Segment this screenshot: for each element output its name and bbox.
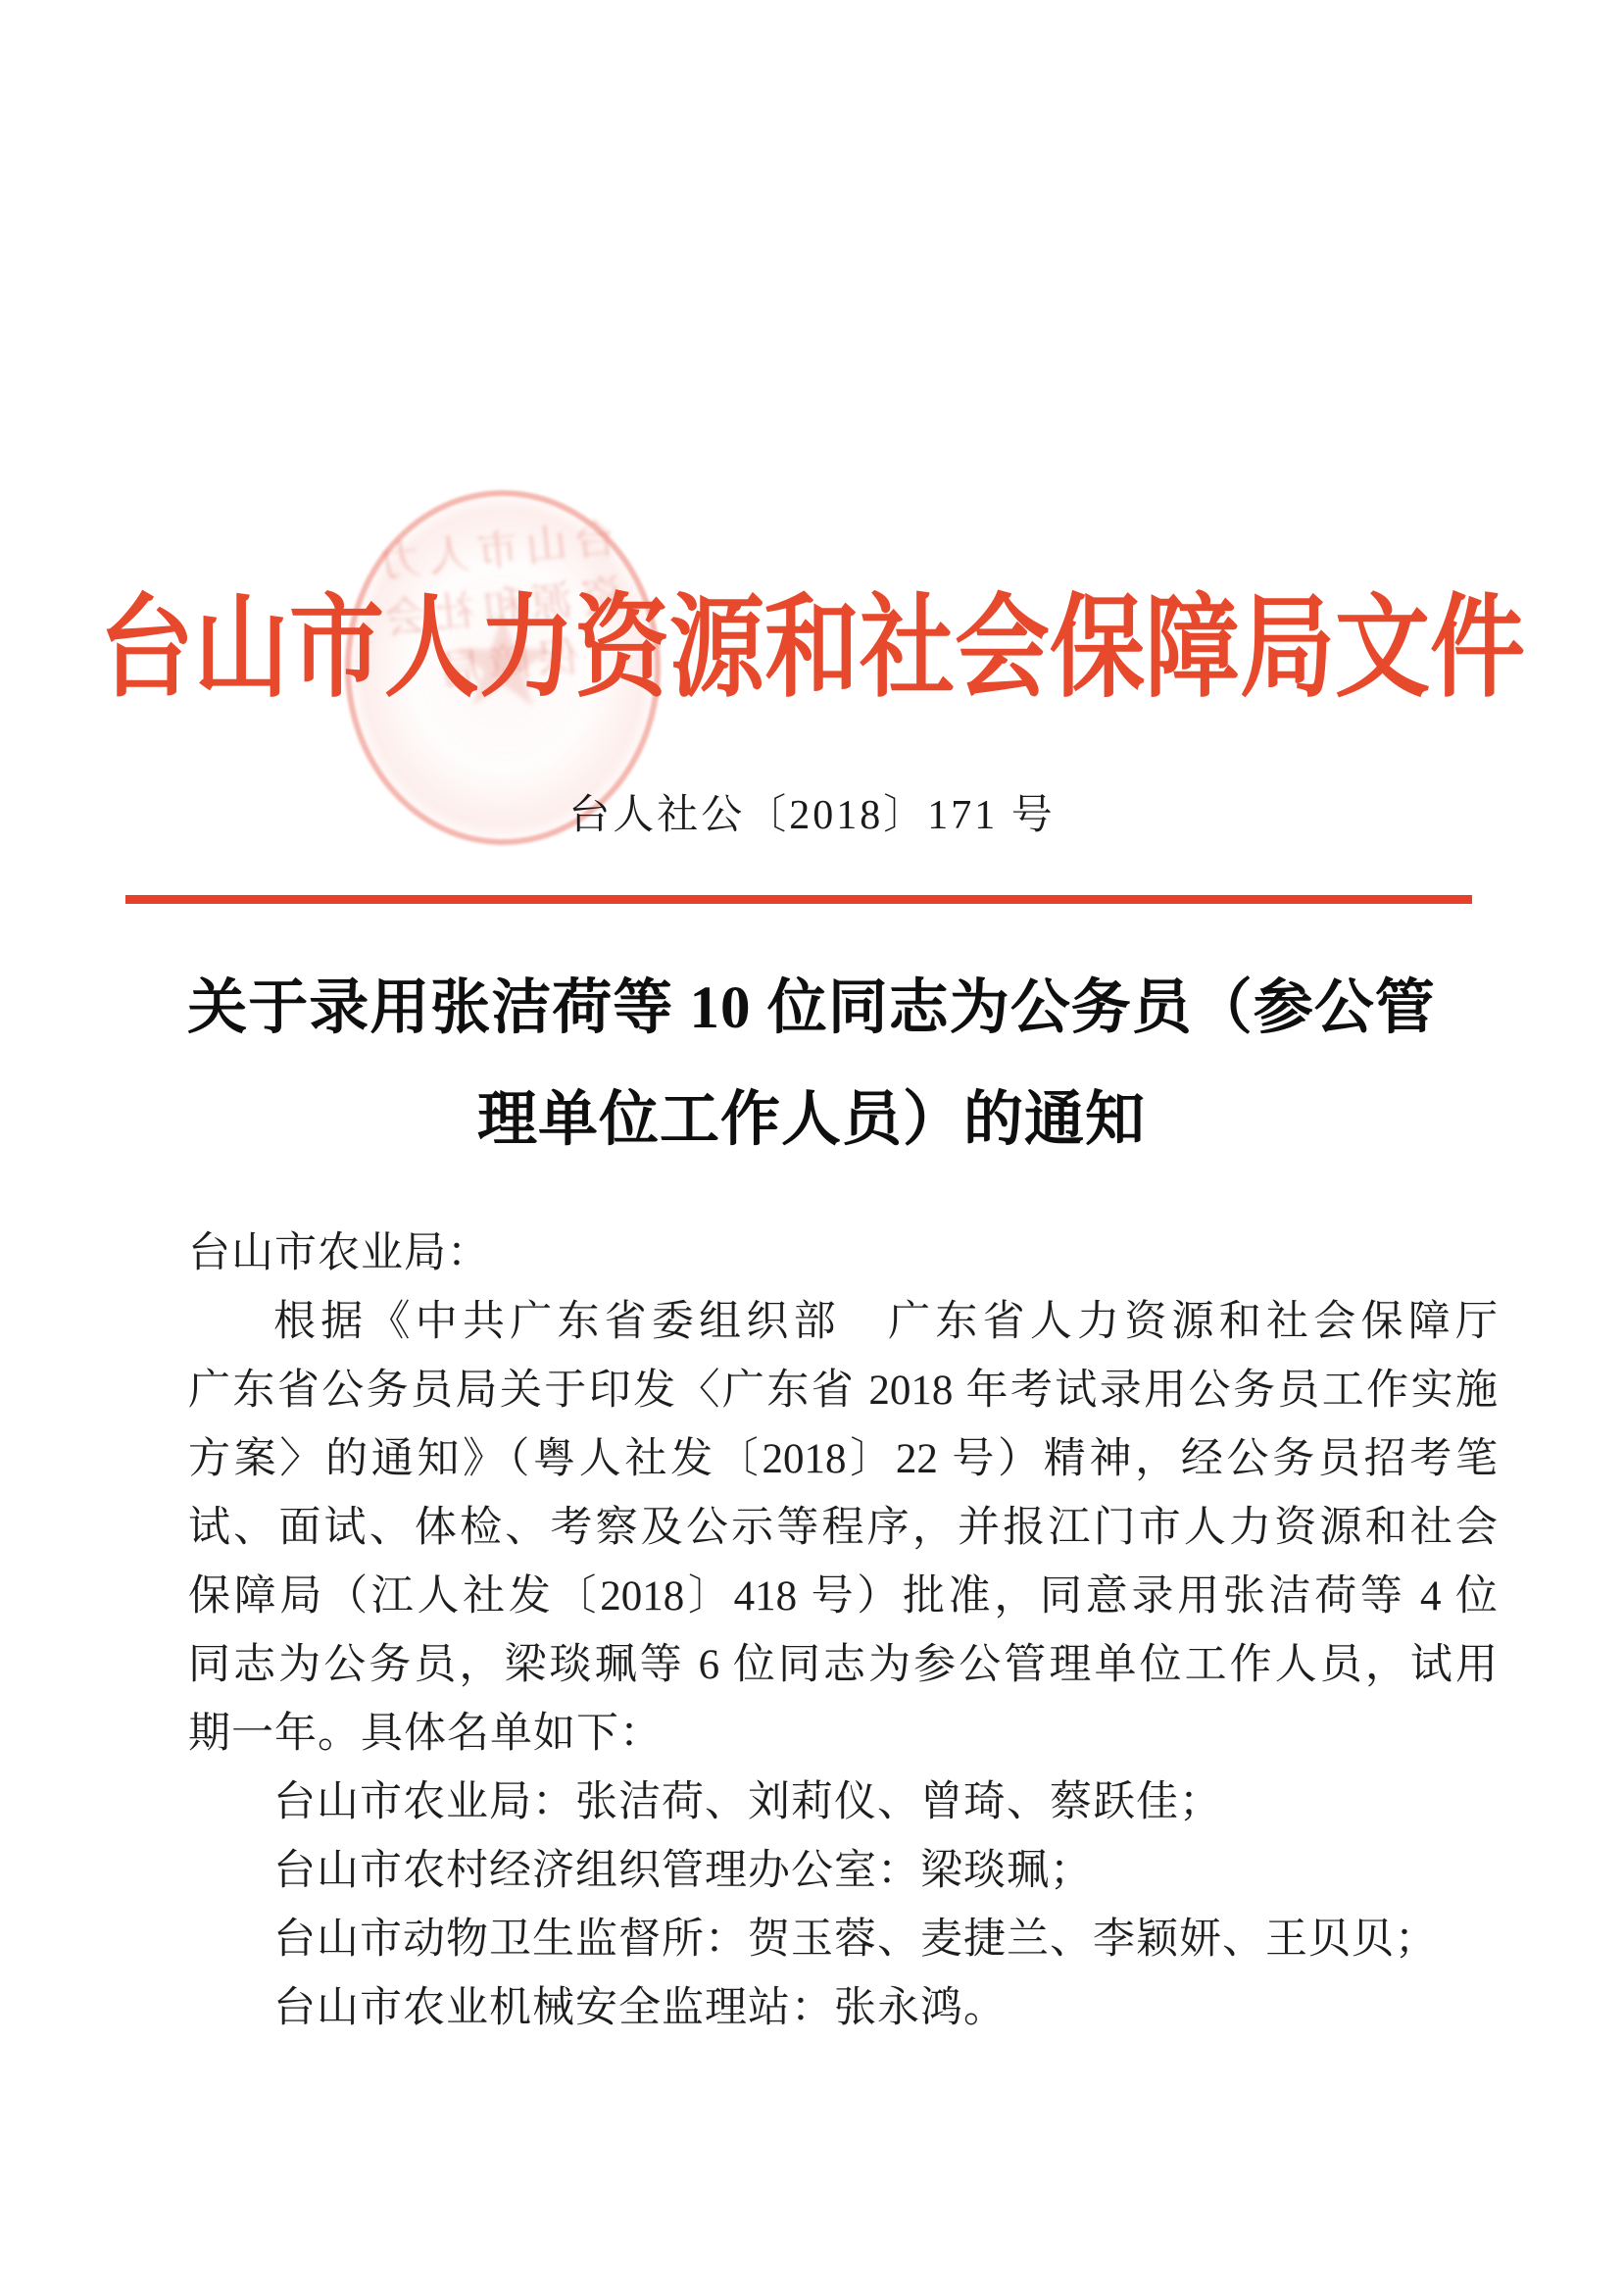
document-page: 台山市人力资源和社会保障局 ★ 台山市人力资源和社会保障局文件 台人社公〔201… <box>0 0 1624 2292</box>
body-line: 期一年。具体名单如下： <box>188 1700 1498 1769</box>
document-body: 台山市农业局： 根据《中共广东省委组织部 广东省人力资源和社会保障厅 广东省公务… <box>188 1220 1498 2043</box>
document-title-line1: 关于录用张洁荷等 10 位同志为公务员（参公管 <box>125 953 1498 1065</box>
salutation-line: 台山市农业局： <box>188 1220 1498 1288</box>
body-line: 试、面试、体检、考察及公示等程序，并报江门市人力资源和社会 <box>188 1494 1498 1563</box>
body-line: 广东省公务员局关于印发〈广东省 2018 年考试录用公务员工作实施 <box>188 1357 1498 1425</box>
body-line: 方案〉的通知》（粤人社发〔2018〕22 号）精神，经公务员招考笔 <box>188 1425 1498 1494</box>
body-line: 根据《中共广东省委组织部 广东省人力资源和社会保障厅 <box>188 1288 1498 1357</box>
letterhead-rule <box>125 895 1472 904</box>
document-title: 关于录用张洁荷等 10 位同志为公务员（参公管 理单位工作人员）的通知 <box>125 953 1498 1176</box>
document-title-line2: 理单位工作人员）的通知 <box>125 1065 1498 1176</box>
name-list-line: 台山市农村经济组织管理办公室：梁琰珮； <box>188 1837 1498 1906</box>
body-line: 保障局（江人社发〔2018〕418 号）批准，同意录用张洁荷等 4 位 <box>188 1563 1498 1631</box>
letterhead-org-title: 台山市人力资源和社会保障局文件 <box>0 557 1624 719</box>
name-list-line: 台山市动物卫生监督所：贺玉蓉、麦捷兰、李颖妍、王贝贝； <box>188 1906 1498 1974</box>
body-line: 同志为公务员，梁琰珮等 6 位同志为参公管理单位工作人员，试用 <box>188 1631 1498 1700</box>
document-number: 台人社公〔2018〕171 号 <box>0 782 1624 841</box>
name-list-line: 台山市农业机械安全监理站：张永鸿。 <box>188 1974 1498 2043</box>
name-list-line: 台山市农业局：张洁荷、刘莉仪、曾琦、蔡跃佳； <box>188 1769 1498 1837</box>
